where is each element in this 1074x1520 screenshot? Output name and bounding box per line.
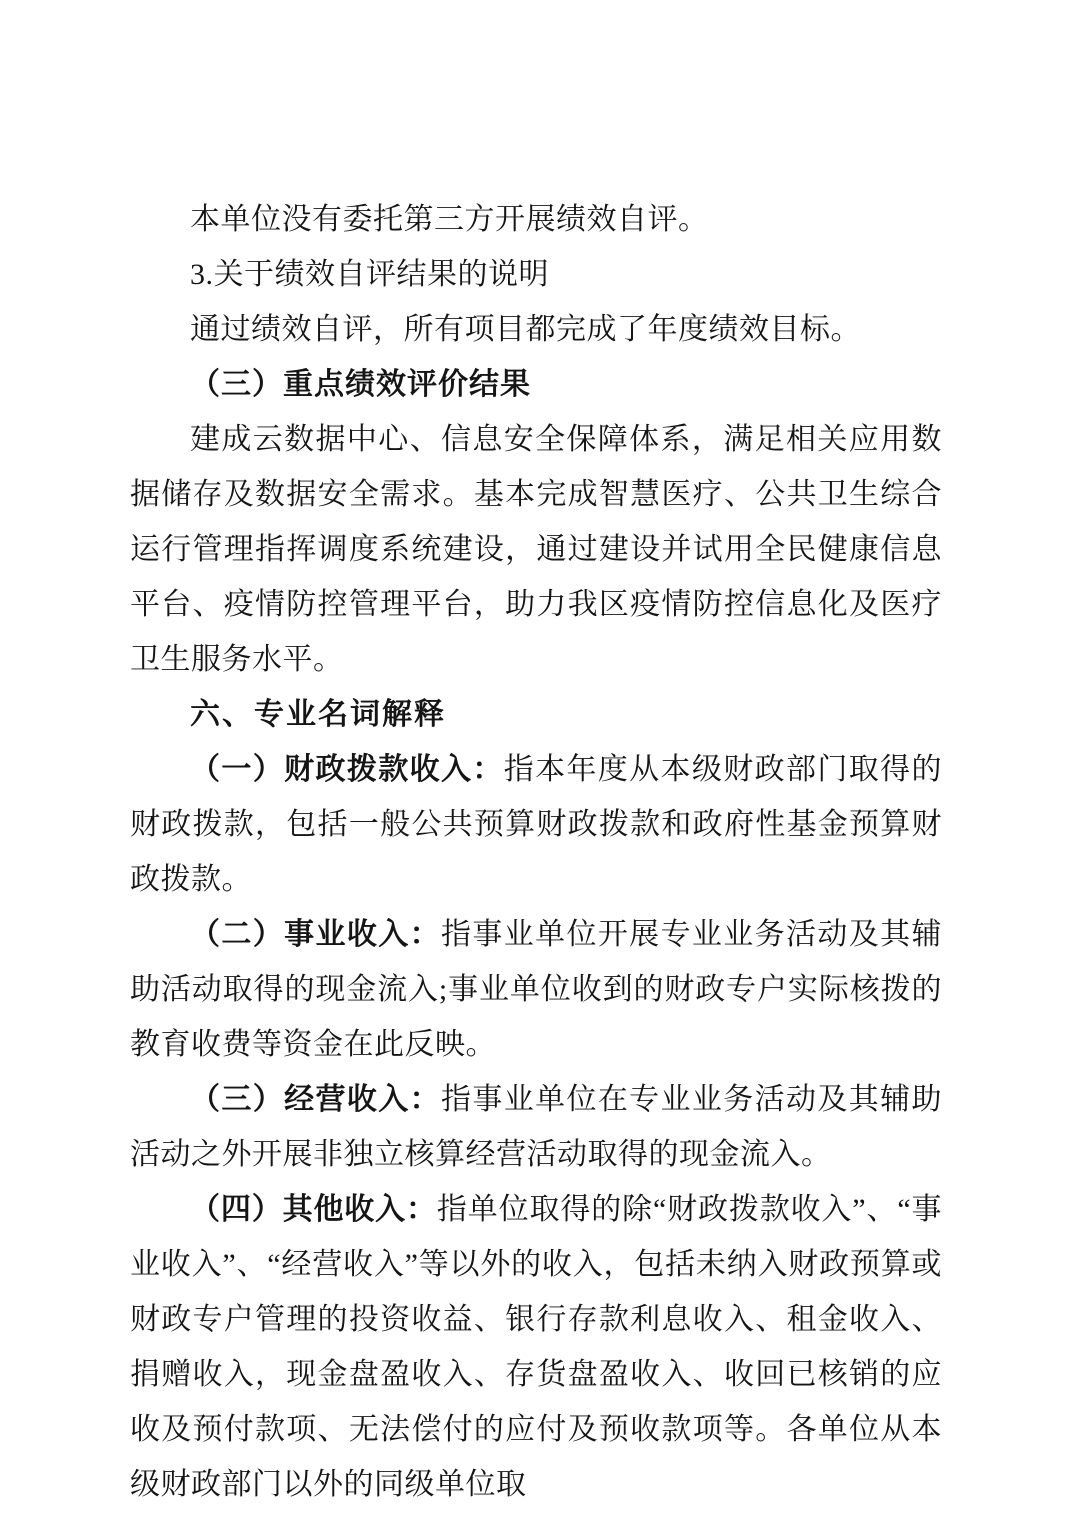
body-paragraph: 通过绩效自评，所有项目都完成了年度绩效目标。: [130, 302, 942, 357]
body-paragraph: 建成云数据中心、信息安全保障体系，满足相关应用数据储存及数据安全需求。基本完成智…: [130, 412, 942, 687]
term-lead: （四）其他收入：: [190, 1193, 437, 1226]
body-paragraph: 本单位没有委托第三方开展绩效自评。: [130, 192, 942, 247]
term-paragraph: （三）经营收入：指事业单位在专业业务活动及其辅助活动之外开展非独立核算经营活动取…: [130, 1072, 942, 1182]
section-heading: 六、专业名词解释: [130, 687, 942, 742]
document-page: 本单位没有委托第三方开展绩效自评。 3.关于绩效自评结果的说明 通过绩效自评，所…: [0, 0, 1074, 1520]
term-paragraph: （一）财政拨款收入：指本年度从本级财政部门取得的财政拨款，包括一般公共预算财政拨…: [130, 742, 942, 907]
term-paragraph: （二）事业收入：指事业单位开展专业业务活动及其辅助活动取得的现金流入;事业单位收…: [130, 907, 942, 1072]
page-text-block: 本单位没有委托第三方开展绩效自评。 3.关于绩效自评结果的说明 通过绩效自评，所…: [130, 192, 942, 1512]
subsection-heading: （三）重点绩效评价结果: [130, 357, 942, 412]
body-paragraph: 3.关于绩效自评结果的说明: [130, 247, 942, 302]
term-paragraph: （四）其他收入：指单位取得的除“财政拨款收入”、“事业收入”、“经营收入”等以外…: [130, 1182, 942, 1512]
term-lead: （三）经营收入：: [190, 1083, 441, 1116]
term-lead: （二）事业收入：: [190, 918, 441, 951]
term-lead: （一）财政拨款收入：: [190, 753, 504, 786]
term-definition: 指单位取得的除“财政拨款收入”、“事业收入”、“经营收入”等以外的收入，包括未纳…: [130, 1193, 942, 1501]
